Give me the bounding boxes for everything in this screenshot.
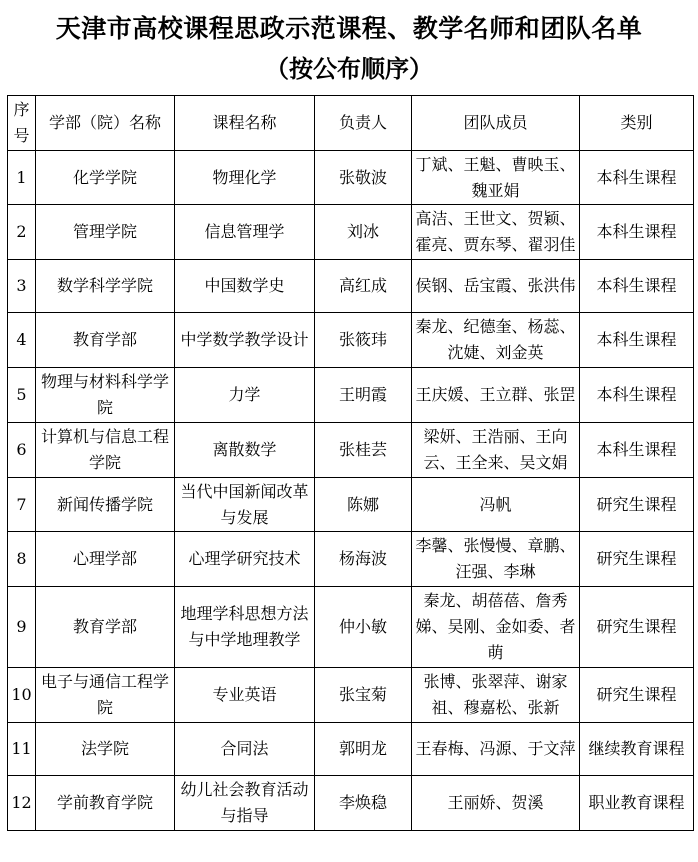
table-row: 7 新闻传播学院 当代中国新闻改革与发展 陈娜 冯帆 研究生课程 xyxy=(8,477,694,532)
team-members-cell: 侯钢、岳宝霞、张洪伟 xyxy=(412,260,580,313)
table-row: 11 法学院 合同法 郭明龙 王春梅、冯源、于文萍 继续教育课程 xyxy=(8,722,694,775)
row-number-cell: 11 xyxy=(8,722,36,775)
table-row: 5 物理与材料科学学院 力学 王明霞 王庆媛、王立群、张罡 本科生课程 xyxy=(8,368,694,423)
col-header-no: 序号 xyxy=(8,95,36,150)
row-number-cell: 5 xyxy=(8,368,36,423)
category-cell: 本科生课程 xyxy=(580,260,694,313)
college-name-cell: 学前教育学院 xyxy=(36,775,175,830)
college-name-cell: 计算机与信息工程学院 xyxy=(36,422,175,477)
leader-name-cell: 杨海波 xyxy=(315,532,412,587)
leader-name-cell: 仲小敏 xyxy=(315,587,412,668)
course-name-cell: 幼儿社会教育活动与指导 xyxy=(175,775,315,830)
leader-name-cell: 张敬波 xyxy=(315,150,412,205)
table-header-row: 序号 学部（院）名称 课程名称 负责人 团队成员 类别 xyxy=(8,95,694,150)
category-cell: 职业教育课程 xyxy=(580,775,694,830)
col-header-college: 学部（院）名称 xyxy=(36,95,175,150)
leader-name-cell: 刘冰 xyxy=(315,205,412,260)
leader-name-cell: 郭明龙 xyxy=(315,722,412,775)
course-name-cell: 力学 xyxy=(175,368,315,423)
college-name-cell: 电子与通信工程学院 xyxy=(36,668,175,723)
row-number-cell: 3 xyxy=(8,260,36,313)
leader-name-cell: 张筱玮 xyxy=(315,313,412,368)
category-cell: 研究生课程 xyxy=(580,668,694,723)
leader-name-cell: 张宝菊 xyxy=(315,668,412,723)
table-row: 8 心理学部 心理学研究技术 杨海波 李馨、张慢慢、章鹏、汪强、李琳 研究生课程 xyxy=(8,532,694,587)
table-row: 1 化学学院 物理化学 张敬波 丁斌、王魁、曹映玉、魏亚娟 本科生课程 xyxy=(8,150,694,205)
leader-name-cell: 高红成 xyxy=(315,260,412,313)
team-members-cell: 秦龙、纪德奎、杨蕊、沈婕、刘金英 xyxy=(412,313,580,368)
row-number-cell: 9 xyxy=(8,587,36,668)
course-name-cell: 物理化学 xyxy=(175,150,315,205)
col-header-course: 课程名称 xyxy=(175,95,315,150)
page-subtitle: （按公布顺序） xyxy=(0,55,698,84)
college-name-cell: 法学院 xyxy=(36,722,175,775)
team-members-cell: 王庆媛、王立群、张罡 xyxy=(412,368,580,423)
table-row: 6 计算机与信息工程学院 离散数学 张桂芸 梁妍、王浩丽、王向云、王全来、吴文娟… xyxy=(8,422,694,477)
row-number-cell: 1 xyxy=(8,150,36,205)
college-name-cell: 数学科学学院 xyxy=(36,260,175,313)
course-name-cell: 中国数学史 xyxy=(175,260,315,313)
courses-table: 序号 学部（院）名称 课程名称 负责人 团队成员 类别 1 化学学院 物理化学 … xyxy=(7,95,694,831)
leader-name-cell: 李焕稳 xyxy=(315,775,412,830)
team-members-cell: 王春梅、冯源、于文萍 xyxy=(412,722,580,775)
category-cell: 本科生课程 xyxy=(580,313,694,368)
row-number-cell: 2 xyxy=(8,205,36,260)
team-members-cell: 冯帆 xyxy=(412,477,580,532)
course-name-cell: 中学数学教学设计 xyxy=(175,313,315,368)
table-row: 2 管理学院 信息管理学 刘冰 高洁、王世文、贺颖、霍亮、贾东琴、翟羽佳 本科生… xyxy=(8,205,694,260)
team-members-cell: 王丽娇、贺溪 xyxy=(412,775,580,830)
row-number-cell: 8 xyxy=(8,532,36,587)
team-members-cell: 梁妍、王浩丽、王向云、王全来、吴文娟 xyxy=(412,422,580,477)
col-header-category: 类别 xyxy=(580,95,694,150)
category-cell: 本科生课程 xyxy=(580,368,694,423)
category-cell: 研究生课程 xyxy=(580,587,694,668)
college-name-cell: 教育学部 xyxy=(36,313,175,368)
category-cell: 本科生课程 xyxy=(580,150,694,205)
table-row: 12 学前教育学院 幼儿社会教育活动与指导 李焕稳 王丽娇、贺溪 职业教育课程 xyxy=(8,775,694,830)
college-name-cell: 化学学院 xyxy=(36,150,175,205)
table-row: 9 教育学部 地理学科思想方法与中学地理教学 仲小敏 秦龙、胡蓓蓓、詹秀娣、吴刚… xyxy=(8,587,694,668)
college-name-cell: 管理学院 xyxy=(36,205,175,260)
team-members-cell: 秦龙、胡蓓蓓、詹秀娣、吴刚、金如委、者萌 xyxy=(412,587,580,668)
leader-name-cell: 王明霞 xyxy=(315,368,412,423)
team-members-cell: 张博、张翠萍、谢家祖、穆嘉松、张新 xyxy=(412,668,580,723)
course-name-cell: 当代中国新闻改革与发展 xyxy=(175,477,315,532)
col-header-members: 团队成员 xyxy=(412,95,580,150)
row-number-cell: 12 xyxy=(8,775,36,830)
course-name-cell: 专业英语 xyxy=(175,668,315,723)
page-title: 天津市高校课程思政示范课程、教学名师和团队名单 xyxy=(0,14,698,44)
college-name-cell: 心理学部 xyxy=(36,532,175,587)
course-name-cell: 心理学研究技术 xyxy=(175,532,315,587)
leader-name-cell: 陈娜 xyxy=(315,477,412,532)
college-name-cell: 物理与材料科学学院 xyxy=(36,368,175,423)
leader-name-cell: 张桂芸 xyxy=(315,422,412,477)
row-number-cell: 7 xyxy=(8,477,36,532)
table-body: 1 化学学院 物理化学 张敬波 丁斌、王魁、曹映玉、魏亚娟 本科生课程 2 管理… xyxy=(8,150,694,830)
category-cell: 研究生课程 xyxy=(580,477,694,532)
category-cell: 本科生课程 xyxy=(580,422,694,477)
table-row: 10 电子与通信工程学院 专业英语 张宝菊 张博、张翠萍、谢家祖、穆嘉松、张新 … xyxy=(8,668,694,723)
category-cell: 研究生课程 xyxy=(580,532,694,587)
category-cell: 本科生课程 xyxy=(580,205,694,260)
team-members-cell: 李馨、张慢慢、章鹏、汪强、李琳 xyxy=(412,532,580,587)
col-header-leader: 负责人 xyxy=(315,95,412,150)
table-row: 4 教育学部 中学数学教学设计 张筱玮 秦龙、纪德奎、杨蕊、沈婕、刘金英 本科生… xyxy=(8,313,694,368)
row-number-cell: 4 xyxy=(8,313,36,368)
college-name-cell: 教育学部 xyxy=(36,587,175,668)
course-name-cell: 合同法 xyxy=(175,722,315,775)
course-name-cell: 地理学科思想方法与中学地理教学 xyxy=(175,587,315,668)
table-row: 3 数学科学学院 中国数学史 高红成 侯钢、岳宝霞、张洪伟 本科生课程 xyxy=(8,260,694,313)
team-members-cell: 高洁、王世文、贺颖、霍亮、贾东琴、翟羽佳 xyxy=(412,205,580,260)
team-members-cell: 丁斌、王魁、曹映玉、魏亚娟 xyxy=(412,150,580,205)
college-name-cell: 新闻传播学院 xyxy=(36,477,175,532)
row-number-cell: 6 xyxy=(8,422,36,477)
course-name-cell: 离散数学 xyxy=(175,422,315,477)
category-cell: 继续教育课程 xyxy=(580,722,694,775)
row-number-cell: 10 xyxy=(8,668,36,723)
course-name-cell: 信息管理学 xyxy=(175,205,315,260)
